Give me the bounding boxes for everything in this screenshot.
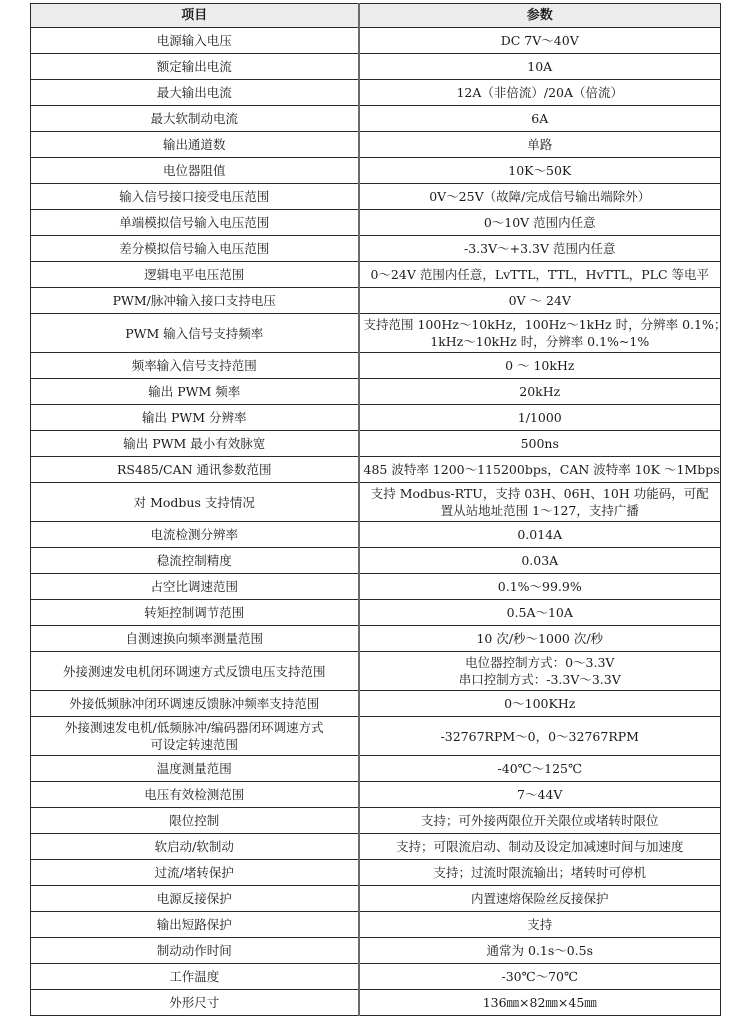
spec-value-text: 7～44V <box>364 786 717 803</box>
spec-item-cell: 占空比调速范围 <box>31 574 359 600</box>
spec-value-cell: 0.014A <box>359 522 721 548</box>
spec-value-text: 支持 Modbus-RTU，支持 03H、06H、10H 功能码，可配 <box>364 485 717 502</box>
table-row: 频率输入信号支持范围0 ～ 10kHz <box>31 353 721 379</box>
spec-value-cell: -30℃～70℃ <box>359 964 721 990</box>
table-row: RS485/CAN 通讯参数范围485 波特率 1200～115200bps，C… <box>31 457 721 483</box>
spec-item-cell: 差分模拟信号输入电压范围 <box>31 236 359 262</box>
spec-value-cell: 12A（非倍流）/20A（倍流） <box>359 80 721 106</box>
spec-table: 项目 参数 电源输入电压DC 7V～40V额定输出电流10A最大输出电流12A（… <box>30 3 721 1016</box>
table-row: 温度测量范围-40℃～125℃ <box>31 756 721 782</box>
spec-item-text: PWM/脉冲输入接口支持电压 <box>35 292 354 309</box>
spec-item-cell: 最大输出电流 <box>31 80 359 106</box>
table-row: 过流/堵转保护支持；过流时限流输出；堵转时可停机 <box>31 860 721 886</box>
spec-value-cell: 20kHz <box>359 379 721 405</box>
spec-value-text: DC 7V～40V <box>364 32 717 49</box>
spec-item-text: 输入信号接口接受电压范围 <box>35 188 354 205</box>
table-row: 外形尺寸136㎜×82㎜×45㎜ <box>31 990 721 1016</box>
spec-item-cell: 限位控制 <box>31 808 359 834</box>
spec-item-text: 稳流控制精度 <box>35 552 354 569</box>
spec-item-text: 输出 PWM 最小有效脉宽 <box>35 435 354 452</box>
spec-value-text: 支持；可限流启动、制动及设定加减速时间与加速度 <box>364 838 717 855</box>
table-row: 额定输出电流10A <box>31 54 721 80</box>
header-row: 项目 参数 <box>31 4 721 28</box>
spec-value-cell: 0V～25V（故障/完成信号输出端除外） <box>359 184 721 210</box>
spec-item-cell: 逻辑电平电压范围 <box>31 262 359 288</box>
spec-value-text: 10K～50K <box>364 162 717 179</box>
spec-item-text: 温度测量范围 <box>35 760 354 777</box>
table-row: 外接测速发电机闭环调速方式反馈电压支持范围电位器控制方式：0～3.3V串口控制方… <box>31 652 721 691</box>
spec-value-cell: 0V ～ 24V <box>359 288 721 314</box>
spec-item-cell: 制动动作时间 <box>31 938 359 964</box>
spec-item-cell: 最大软制动电流 <box>31 106 359 132</box>
table-row: 最大软制动电流6A <box>31 106 721 132</box>
spec-value-cell: 10 次/秒～1000 次/秒 <box>359 626 721 652</box>
spec-item-cell: 频率输入信号支持范围 <box>31 353 359 379</box>
spec-value-text: -40℃～125℃ <box>364 760 717 777</box>
spec-item-text: 外接测速发电机闭环调速方式反馈电压支持范围 <box>35 663 354 680</box>
spec-value-cell: 支持；可外接两限位开关限位或堵转时限位 <box>359 808 721 834</box>
spec-item-text: 转矩控制调节范围 <box>35 604 354 621</box>
table-row: 电流检测分辨率0.014A <box>31 522 721 548</box>
spec-item-text: 最大输出电流 <box>35 84 354 101</box>
spec-item-cell: 对 Modbus 支持情况 <box>31 483 359 522</box>
spec-value-text: 0.03A <box>364 552 717 569</box>
spec-value-text: 置从站地址范围 1～127，支持广播 <box>364 502 717 519</box>
spec-value-cell: 6A <box>359 106 721 132</box>
spec-value-cell: -3.3V～+3.3V 范围内任意 <box>359 236 721 262</box>
spec-value-cell: 内置速熔保险丝反接保护 <box>359 886 721 912</box>
table-row: 软启动/软制动支持；可限流启动、制动及设定加减速时间与加速度 <box>31 834 721 860</box>
spec-value-text: 6A <box>364 110 717 127</box>
spec-item-cell: 输出 PWM 分辨率 <box>31 405 359 431</box>
spec-item-text: 输出 PWM 分辨率 <box>35 409 354 426</box>
table-row: 工作温度-30℃～70℃ <box>31 964 721 990</box>
table-row: 自测速换向频率测量范围10 次/秒～1000 次/秒 <box>31 626 721 652</box>
column-header-item: 项目 <box>31 4 359 28</box>
spec-item-text: PWM 输入信号支持频率 <box>35 325 354 342</box>
spec-value-cell: 支持范围 100Hz～10kHz，100Hz～1kHz 时，分辨率 0.1%；1… <box>359 314 721 353</box>
table-row: PWM/脉冲输入接口支持电压0V ～ 24V <box>31 288 721 314</box>
spec-item-cell: 过流/堵转保护 <box>31 860 359 886</box>
table-row: 单端模拟信号输入电压范围0～10V 范围内任意 <box>31 210 721 236</box>
spec-item-text: 外接低频脉冲闭环调速反馈脉冲频率支持范围 <box>35 695 354 712</box>
table-row: 输出 PWM 最小有效脉宽500ns <box>31 431 721 457</box>
spec-item-text: 输出短路保护 <box>35 916 354 933</box>
table-row: 对 Modbus 支持情况支持 Modbus-RTU，支持 03H、06H、10… <box>31 483 721 522</box>
spec-value-text: 支持 <box>364 916 717 933</box>
table-row: PWM 输入信号支持频率支持范围 100Hz～10kHz，100Hz～1kHz … <box>31 314 721 353</box>
spec-value-text: 0～24V 范围内任意，LvTTL，TTL，HvTTL，PLC 等电平 <box>364 266 717 283</box>
spec-item-text: 频率输入信号支持范围 <box>35 357 354 374</box>
spec-value-text: 电位器控制方式：0～3.3V <box>364 654 717 671</box>
spec-value-text: 支持范围 100Hz～10kHz，100Hz～1kHz 时，分辨率 0.1%； <box>364 316 717 333</box>
spec-item-cell: 自测速换向频率测量范围 <box>31 626 359 652</box>
spec-item-cell: 外接测速发电机闭环调速方式反馈电压支持范围 <box>31 652 359 691</box>
spec-item-text: 输出 PWM 频率 <box>35 383 354 400</box>
spec-item-cell: 输出 PWM 最小有效脉宽 <box>31 431 359 457</box>
spec-item-cell: 外接测速发电机/低频脉冲/编码器闭环调速方式可设定转速范围 <box>31 717 359 756</box>
spec-value-text: 1kHz～10kHz 时，分辨率 0.1%~1% <box>364 333 717 350</box>
spec-value-text: 单路 <box>364 136 717 153</box>
spec-item-cell: PWM 输入信号支持频率 <box>31 314 359 353</box>
table-row: 限位控制支持；可外接两限位开关限位或堵转时限位 <box>31 808 721 834</box>
spec-value-text: -32767RPM～0，0～32767RPM <box>364 728 717 745</box>
spec-item-cell: 稳流控制精度 <box>31 548 359 574</box>
table-row: 最大输出电流12A（非倍流）/20A（倍流） <box>31 80 721 106</box>
spec-value-text: 10A <box>364 58 717 75</box>
spec-item-cell: 额定输出电流 <box>31 54 359 80</box>
spec-value-cell: 电位器控制方式：0～3.3V串口控制方式：-3.3V～3.3V <box>359 652 721 691</box>
spec-item-cell: 电流检测分辨率 <box>31 522 359 548</box>
spec-item-text: RS485/CAN 通讯参数范围 <box>35 461 354 478</box>
spec-table-body: 电源输入电压DC 7V～40V额定输出电流10A最大输出电流12A（非倍流）/2… <box>31 28 721 1016</box>
spec-item-text: 电压有效检测范围 <box>35 786 354 803</box>
table-row: 电位器阻值10K～50K <box>31 158 721 184</box>
table-row: 输入信号接口接受电压范围0V～25V（故障/完成信号输出端除外） <box>31 184 721 210</box>
table-row: 逻辑电平电压范围0～24V 范围内任意，LvTTL，TTL，HvTTL，PLC … <box>31 262 721 288</box>
spec-item-text: 额定输出电流 <box>35 58 354 75</box>
spec-item-text: 软启动/软制动 <box>35 838 354 855</box>
spec-item-text: 过流/堵转保护 <box>35 864 354 881</box>
spec-item-text: 输出通道数 <box>35 136 354 153</box>
spec-value-cell: 10K～50K <box>359 158 721 184</box>
spec-value-cell: 10A <box>359 54 721 80</box>
spec-item-cell: 电位器阻值 <box>31 158 359 184</box>
spec-value-cell: 0～100KHz <box>359 691 721 717</box>
spec-value-text: 0～100KHz <box>364 695 717 712</box>
spec-item-cell: PWM/脉冲输入接口支持电压 <box>31 288 359 314</box>
spec-value-cell: 通常为 0.1s～0.5s <box>359 938 721 964</box>
spec-value-cell: 0.03A <box>359 548 721 574</box>
spec-item-cell: 电源输入电压 <box>31 28 359 54</box>
spec-value-text: 内置速熔保险丝反接保护 <box>364 890 717 907</box>
spec-item-cell: 转矩控制调节范围 <box>31 600 359 626</box>
spec-item-text: 电源输入电压 <box>35 32 354 49</box>
spec-value-text: 0.014A <box>364 526 717 543</box>
spec-item-text: 限位控制 <box>35 812 354 829</box>
spec-value-cell: 支持；过流时限流输出；堵转时可停机 <box>359 860 721 886</box>
table-row: 输出短路保护支持 <box>31 912 721 938</box>
spec-item-text: 对 Modbus 支持情况 <box>35 494 354 511</box>
spec-value-cell: 支持 <box>359 912 721 938</box>
spec-item-cell: 单端模拟信号输入电压范围 <box>31 210 359 236</box>
spec-item-cell: 电源反接保护 <box>31 886 359 912</box>
spec-value-text: 12A（非倍流）/20A（倍流） <box>364 84 717 101</box>
spec-item-text: 工作温度 <box>35 968 354 985</box>
spec-item-text: 差分模拟信号输入电压范围 <box>35 240 354 257</box>
spec-value-cell: 1/1000 <box>359 405 721 431</box>
spec-item-text: 可设定转速范围 <box>35 736 354 753</box>
table-row: 外接测速发电机/低频脉冲/编码器闭环调速方式可设定转速范围-32767RPM～0… <box>31 717 721 756</box>
spec-item-cell: 外接低频脉冲闭环调速反馈脉冲频率支持范围 <box>31 691 359 717</box>
spec-value-cell: 支持 Modbus-RTU，支持 03H、06H、10H 功能码，可配置从站地址… <box>359 483 721 522</box>
table-row: 转矩控制调节范围0.5A～10A <box>31 600 721 626</box>
spec-value-cell: 0.5A～10A <box>359 600 721 626</box>
spec-item-cell: 软启动/软制动 <box>31 834 359 860</box>
table-row: 稳流控制精度0.03A <box>31 548 721 574</box>
spec-value-cell: 136㎜×82㎜×45㎜ <box>359 990 721 1016</box>
spec-value-text: -30℃～70℃ <box>364 968 717 985</box>
table-row: 电源输入电压DC 7V～40V <box>31 28 721 54</box>
spec-value-text: 20kHz <box>364 383 717 400</box>
spec-item-cell: RS485/CAN 通讯参数范围 <box>31 457 359 483</box>
spec-item-cell: 电压有效检测范围 <box>31 782 359 808</box>
spec-value-text: 支持；过流时限流输出；堵转时可停机 <box>364 864 717 881</box>
spec-value-text: -3.3V～+3.3V 范围内任意 <box>364 240 717 257</box>
spec-value-cell: 支持；可限流启动、制动及设定加减速时间与加速度 <box>359 834 721 860</box>
spec-value-cell: 0～24V 范围内任意，LvTTL，TTL，HvTTL，PLC 等电平 <box>359 262 721 288</box>
spec-item-text: 自测速换向频率测量范围 <box>35 630 354 647</box>
spec-value-cell: 0 ～ 10kHz <box>359 353 721 379</box>
spec-value-text: 10 次/秒～1000 次/秒 <box>364 630 717 647</box>
spec-item-text: 单端模拟信号输入电压范围 <box>35 214 354 231</box>
spec-value-text: 0 ～ 10kHz <box>364 357 717 374</box>
table-row: 外接低频脉冲闭环调速反馈脉冲频率支持范围0～100KHz <box>31 691 721 717</box>
spec-value-cell: 0.1%～99.9% <box>359 574 721 600</box>
spec-value-text: 0～10V 范围内任意 <box>364 214 717 231</box>
spec-item-text: 制动动作时间 <box>35 942 354 959</box>
spec-value-text: 136㎜×82㎜×45㎜ <box>364 994 717 1011</box>
spec-value-text: 0V～25V（故障/完成信号输出端除外） <box>364 188 717 205</box>
spec-item-text: 最大软制动电流 <box>35 110 354 127</box>
spec-item-cell: 输出 PWM 频率 <box>31 379 359 405</box>
table-row: 电压有效检测范围7～44V <box>31 782 721 808</box>
table-row: 输出 PWM 频率20kHz <box>31 379 721 405</box>
spec-item-text: 占空比调速范围 <box>35 578 354 595</box>
table-row: 制动动作时间通常为 0.1s～0.5s <box>31 938 721 964</box>
spec-value-text: 0.5A～10A <box>364 604 717 621</box>
spec-value-text: 0.1%～99.9% <box>364 578 717 595</box>
spec-value-text: 支持；可外接两限位开关限位或堵转时限位 <box>364 812 717 829</box>
table-row: 电源反接保护内置速熔保险丝反接保护 <box>31 886 721 912</box>
spec-value-cell: 7～44V <box>359 782 721 808</box>
spec-value-text: 通常为 0.1s～0.5s <box>364 942 717 959</box>
spec-value-text: 0V ～ 24V <box>364 292 717 309</box>
spec-item-cell: 外形尺寸 <box>31 990 359 1016</box>
column-header-value: 参数 <box>359 4 721 28</box>
spec-value-cell: DC 7V～40V <box>359 28 721 54</box>
spec-value-cell: 0～10V 范围内任意 <box>359 210 721 236</box>
spec-item-cell: 输入信号接口接受电压范围 <box>31 184 359 210</box>
spec-item-text: 电源反接保护 <box>35 890 354 907</box>
table-row: 输出通道数单路 <box>31 132 721 158</box>
spec-item-text: 外接测速发电机/低频脉冲/编码器闭环调速方式 <box>35 719 354 736</box>
spec-value-cell: 485 波特率 1200～115200bps，CAN 波特率 10K ～1Mbp… <box>359 457 721 483</box>
spec-value-text: 485 波特率 1200～115200bps，CAN 波特率 10K ～1Mbp… <box>364 461 717 478</box>
spec-item-text: 外形尺寸 <box>35 994 354 1011</box>
table-row: 占空比调速范围0.1%～99.9% <box>31 574 721 600</box>
table-row: 输出 PWM 分辨率1/1000 <box>31 405 721 431</box>
spec-value-cell: 单路 <box>359 132 721 158</box>
spec-value-text: 500ns <box>364 435 717 452</box>
spec-item-text: 电流检测分辨率 <box>35 526 354 543</box>
spec-value-cell: -32767RPM～0，0～32767RPM <box>359 717 721 756</box>
spec-value-cell: 500ns <box>359 431 721 457</box>
spec-item-cell: 输出短路保护 <box>31 912 359 938</box>
spec-item-text: 电位器阻值 <box>35 162 354 179</box>
table-row: 差分模拟信号输入电压范围-3.3V～+3.3V 范围内任意 <box>31 236 721 262</box>
spec-item-text: 逻辑电平电压范围 <box>35 266 354 283</box>
spec-value-text: 串口控制方式：-3.3V～3.3V <box>364 671 717 688</box>
spec-item-cell: 输出通道数 <box>31 132 359 158</box>
spec-value-text: 1/1000 <box>364 409 717 426</box>
spec-value-cell: -40℃～125℃ <box>359 756 721 782</box>
spec-item-cell: 工作温度 <box>31 964 359 990</box>
spec-item-cell: 温度测量范围 <box>31 756 359 782</box>
